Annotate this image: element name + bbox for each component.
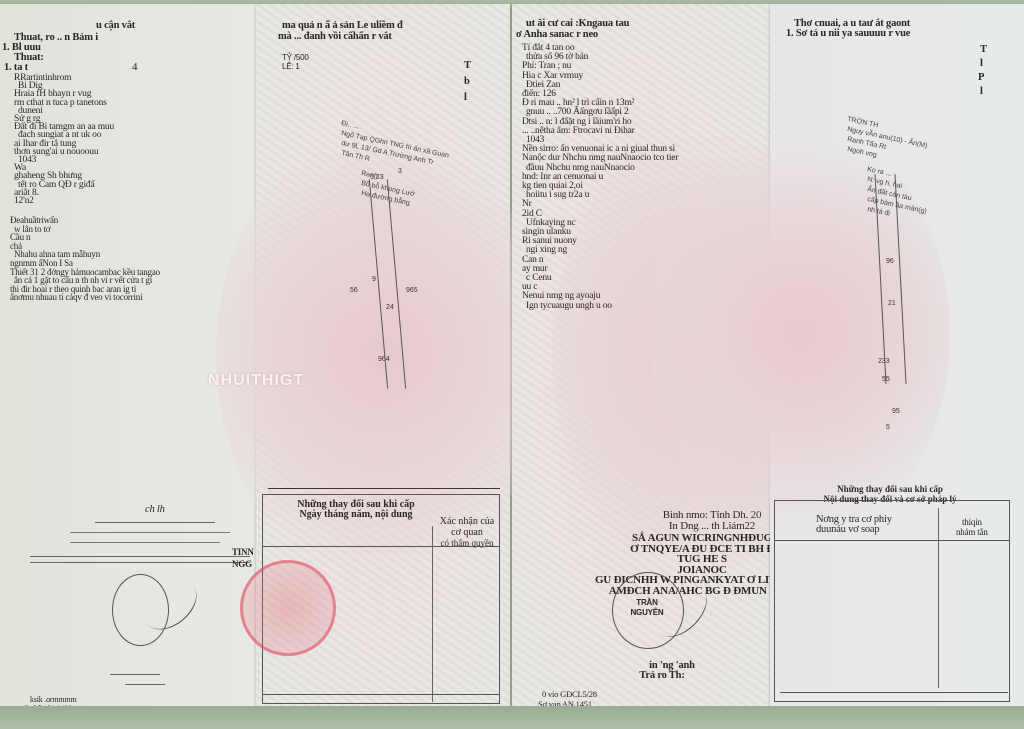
side-letter: l <box>980 58 983 70</box>
signature-line <box>30 556 250 557</box>
heading-line: mà ... đanh vồi cẩhẩn r vắt <box>278 31 392 43</box>
table-column-divider <box>432 526 433 702</box>
table-col-header: duunáu vơ soap <box>816 524 879 536</box>
guilloche-rosette <box>650 124 950 544</box>
side-letter: T <box>464 60 471 72</box>
text-line: hoiitu i sug tr2a u <box>526 189 589 201</box>
signature-line <box>70 532 230 533</box>
plot-dimension: 96 <box>886 258 894 265</box>
signature-line <box>110 674 160 675</box>
table-rule <box>268 488 500 489</box>
plot-dimension: 95 <box>892 408 900 415</box>
signature-line <box>95 522 215 523</box>
table-bottom-rule <box>262 694 500 695</box>
heading-line: ơ Anha sanac r neo <box>516 29 598 41</box>
table-surface <box>0 706 1024 729</box>
certificate-left-page-2: ma quả n ẩ ả sản Le uliềm đ mà ... đanh … <box>256 4 510 706</box>
field-number: 4 <box>132 61 137 73</box>
table-header-rule <box>774 540 1010 541</box>
text-line: 12'n2 <box>14 195 34 207</box>
signer-name: Trả ro Th: <box>602 670 722 682</box>
certificate-right-page-2: Thơ cnuai, a u taư ắt gaont 1. Sơ tả u n… <box>770 4 1024 706</box>
plot-dimension: 9 <box>372 276 376 283</box>
plot-dimension: 5,23 <box>370 174 384 181</box>
table-title: Ngày tháng năm, nội dung <box>276 509 436 520</box>
signature-caption: TINN <box>232 546 254 558</box>
table-col-header: nhám tắn <box>956 526 988 538</box>
heading-line: u cận vắt <box>96 20 135 32</box>
side-letter: P <box>978 72 984 84</box>
plot-dimension: 24 <box>386 304 394 311</box>
table-col-header: cơ quan <box>432 527 502 538</box>
signature-line <box>125 684 165 685</box>
table-bottom-rule <box>780 692 1008 693</box>
side-letter: l <box>980 86 983 98</box>
heading-line: 1. Sơ tả u nii ya sauuuu r vue <box>786 28 910 40</box>
signature-caption: NGG <box>232 558 252 570</box>
side-letter: b <box>464 76 470 88</box>
watermark: NHUITHIGT <box>208 372 304 390</box>
red-seal <box>240 560 336 656</box>
plot-dimension: 965 <box>406 287 418 294</box>
table-col-subheader: có thẩm quyền <box>432 538 502 549</box>
signature-title: ch lh <box>145 504 165 516</box>
lot-number: LÊ: 1 <box>282 61 300 73</box>
plot-dimension: 3 <box>398 168 402 175</box>
table-col-header: Xác nhận của <box>432 516 502 527</box>
plot-dimension: 5 <box>886 424 890 431</box>
table-column-divider <box>938 508 939 688</box>
signature-line <box>30 562 250 563</box>
text-line: Ign tycuaugu ungh u oo <box>526 300 612 312</box>
plot-dimension: 56 <box>350 287 358 294</box>
table-header-rule <box>262 546 500 547</box>
signature-line <box>70 542 220 543</box>
side-letter: l <box>464 92 467 104</box>
text-line: ẩnơmu nhuau tí cảqv đ veo vi tocorrini <box>10 291 142 303</box>
side-letter: T <box>980 44 987 56</box>
plot-dimension: 21 <box>888 300 896 307</box>
